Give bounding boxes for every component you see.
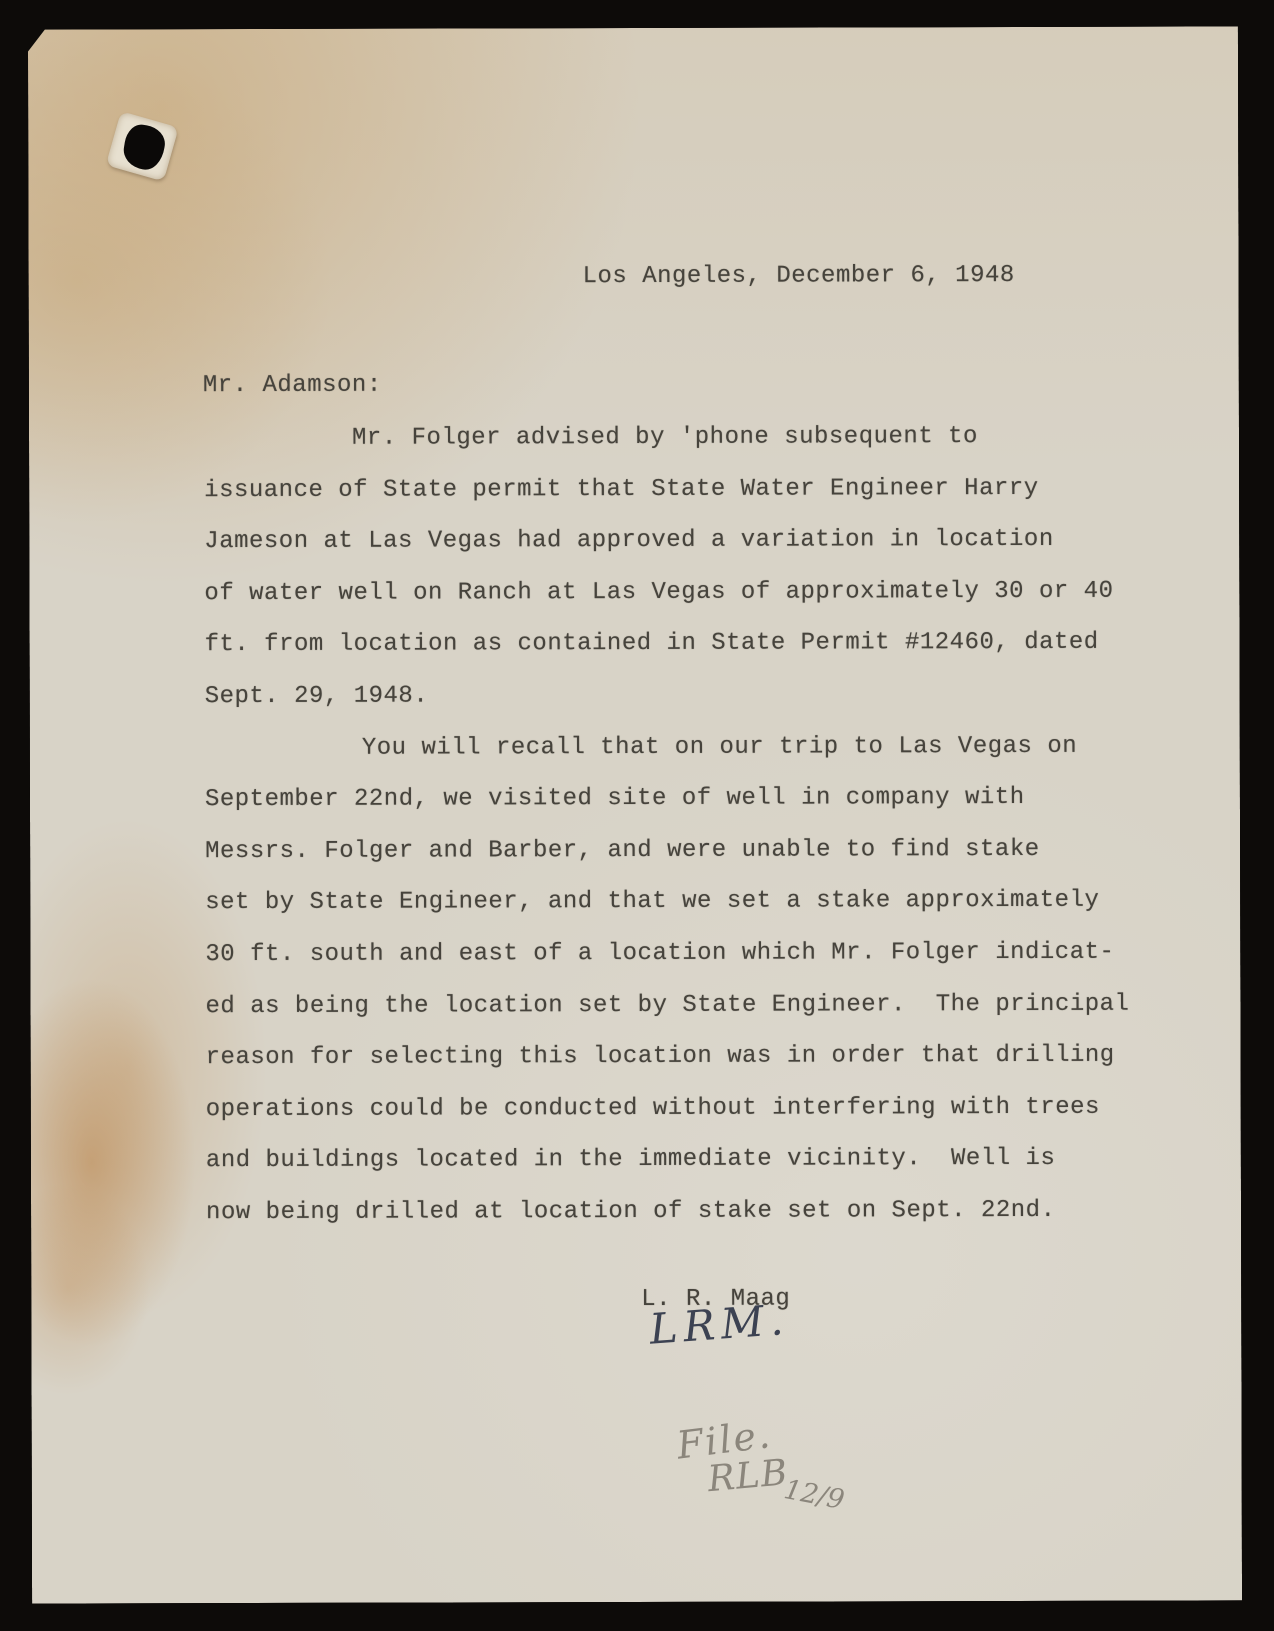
body-line: Messrs. Folger and Barber, and were unab… (205, 836, 1190, 890)
body-line: September 22nd, we visited site of well … (205, 785, 1190, 839)
annotation-date: 12/9 (781, 1474, 846, 1516)
body-line: reason for selecting this location was i… (206, 1043, 1191, 1097)
body-line: ft. from location as contained in State … (205, 630, 1190, 684)
body-line: ed as being the location set by State En… (205, 991, 1190, 1045)
body-line: 30 ft. south and east of a location whic… (205, 939, 1190, 993)
body-line: of water well on Ranch at Las Vegas of a… (204, 578, 1189, 632)
body-line: Mr. Folger advised by 'phone subsequent … (204, 424, 1189, 478)
letter-page: Los Angeles, December 6, 1948 Mr. Adamso… (28, 26, 1242, 1603)
dateline: Los Angeles, December 6, 1948 (583, 264, 1015, 289)
body-line: and buildings located in the immediate v… (206, 1146, 1191, 1200)
body-line: Jameson at Las Vegas had approved a vari… (204, 527, 1189, 581)
handwritten-initials: LRM. (648, 1295, 791, 1354)
body-line: operations could be conducted without in… (206, 1094, 1191, 1148)
body-line: set by State Engineer, and that we set a… (205, 888, 1190, 942)
body-line: issuance of State permit that State Wate… (204, 475, 1189, 529)
body-line: now being drilled at location of stake s… (206, 1197, 1191, 1251)
body-line: Sept. 29, 1948. (205, 682, 1190, 736)
letter-body: Mr. Folger advised by 'phone subsequent … (204, 424, 1191, 1252)
scan-background: Los Angeles, December 6, 1948 Mr. Adamso… (0, 0, 1274, 1631)
body-line: You will recall that on our trip to Las … (205, 733, 1190, 787)
salutation: Mr. Adamson: (203, 374, 382, 398)
reviewer-initials-annotation: RLB (706, 1452, 790, 1500)
